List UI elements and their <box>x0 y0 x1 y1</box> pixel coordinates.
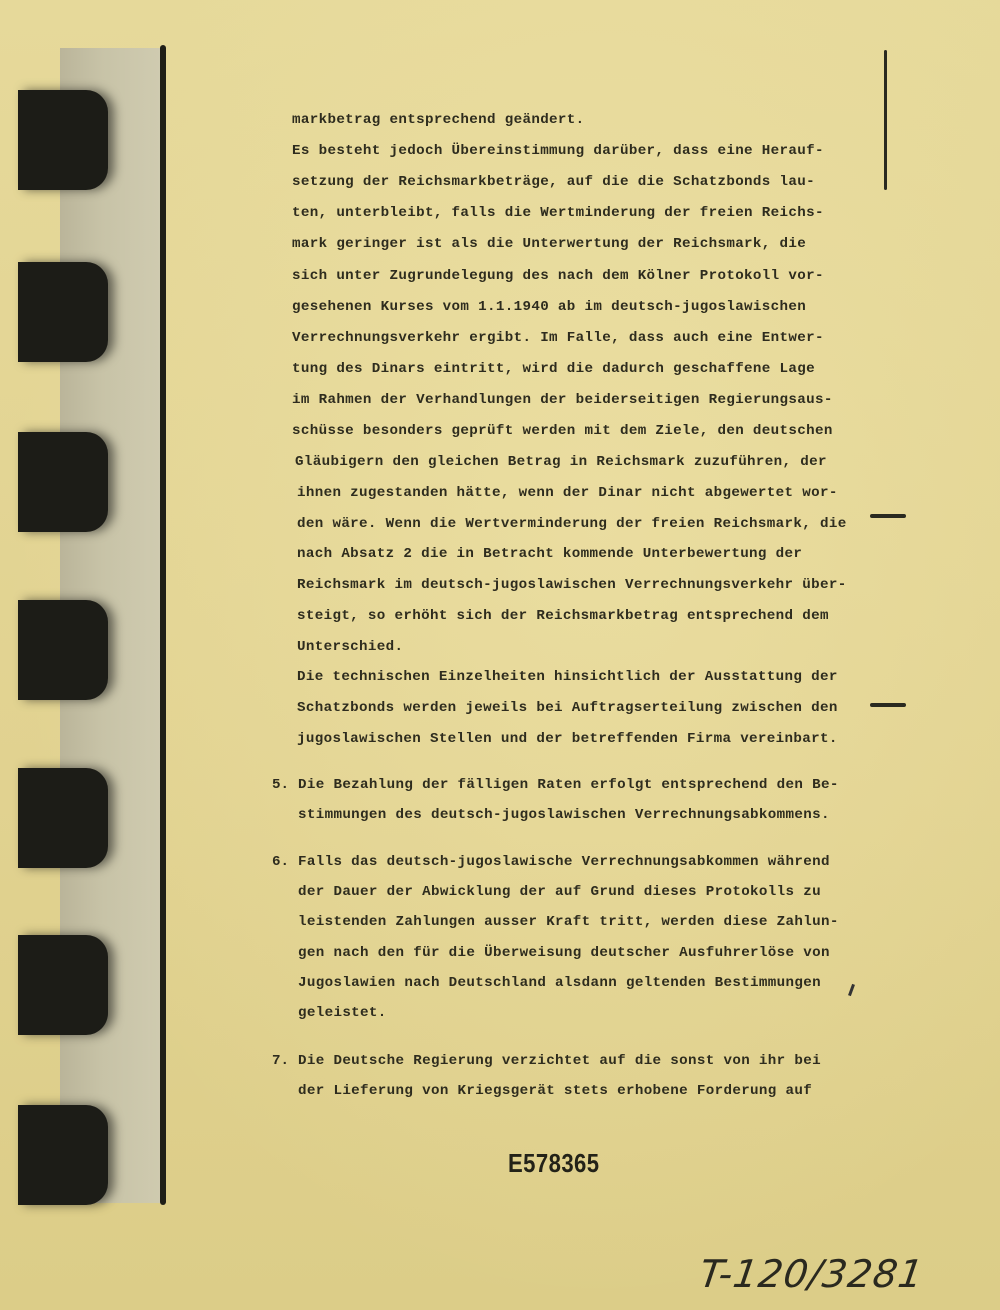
text-line: jugoslawischen Stellen und der betreffen… <box>297 731 838 747</box>
text-line: ihnen zugestanden hätte, wenn der Dinar … <box>297 485 838 501</box>
film-strip-edge-line <box>160 45 166 1205</box>
margin-dash-mark <box>870 703 906 707</box>
right-margin-line <box>884 50 887 190</box>
text-line: den wäre. Wenn die Wertverminderung der … <box>297 516 847 532</box>
film-sprocket-hole <box>18 935 108 1035</box>
film-sprocket-hole <box>18 1105 108 1205</box>
item-number: 5. <box>272 777 289 793</box>
text-line: tung des Dinars eintritt, wird die dadur… <box>292 361 815 377</box>
text-line: der Dauer der Abwicklung der auf Grund d… <box>298 884 821 900</box>
text-line: im Rahmen der Verhandlungen der beiderse… <box>292 392 833 408</box>
film-sprocket-hole <box>18 768 108 868</box>
item-number: 6. <box>272 854 289 870</box>
text-line: Die Deutsche Regierung verzichtet auf di… <box>298 1053 821 1069</box>
film-sprocket-hole <box>18 90 108 190</box>
text-line: setzung der Reichsmarkbeträge, auf die d… <box>292 174 815 190</box>
text-line: nach Absatz 2 die in Betracht kommende U… <box>297 546 802 562</box>
film-sprocket-hole <box>18 262 108 362</box>
text-line: gen nach den für die Überweisung deutsch… <box>298 945 830 961</box>
item-number: 7. <box>272 1053 289 1069</box>
text-line: Die Bezahlung der fälligen Raten erfolgt… <box>298 777 839 793</box>
text-line: der Lieferung von Kriegsgerät stets erho… <box>298 1083 812 1099</box>
text-line: Jugoslawien nach Deutschland alsdann gel… <box>298 975 821 991</box>
stamp-document-number: E578365 <box>508 1148 599 1179</box>
text-line: gesehenen Kurses vom 1.1.1940 ab im deut… <box>292 299 806 315</box>
text-line: Die technischen Einzelheiten hinsichtlic… <box>297 669 838 685</box>
text-line: markbetrag entsprechend geändert. <box>292 112 585 128</box>
text-line: Falls das deutsch-jugoslawische Verrechn… <box>298 854 830 870</box>
text-line: Verrechnungsverkehr ergibt. Im Falle, da… <box>292 330 824 346</box>
text-line: Gläubigern den gleichen Betrag in Reichs… <box>295 454 827 470</box>
margin-dash-mark <box>870 514 906 518</box>
text-line: steigt, so erhöht sich der Reichsmarkbet… <box>297 608 829 624</box>
text-line: leistenden Zahlungen ausser Kraft tritt,… <box>298 914 839 930</box>
text-line: ten, unterbleibt, falls die Wertminderun… <box>292 205 824 221</box>
text-line: schüsse besonders geprüft werden mit dem… <box>292 423 833 439</box>
text-line: Reichsmark im deutsch-jugoslawischen Ver… <box>297 577 847 593</box>
margin-pencil-tick <box>848 984 855 996</box>
text-line: stimmungen des deutsch-jugoslawischen Ve… <box>298 807 830 823</box>
film-sprocket-hole <box>18 432 108 532</box>
text-line: mark geringer ist als die Unterwertung d… <box>292 236 806 252</box>
handwritten-reference: T-120/3281 <box>697 1252 927 1296</box>
text-line: geleistet. <box>298 1005 387 1021</box>
text-line: Unterschied. <box>297 639 403 655</box>
text-line: Schatzbonds werden jeweils bei Auftragse… <box>297 700 838 716</box>
film-sprocket-hole <box>18 600 108 700</box>
text-line: sich unter Zugrundelegung des nach dem K… <box>292 268 824 284</box>
film-strip-border <box>0 0 175 1310</box>
text-line: Es besteht jedoch Übereinstimmung darübe… <box>292 143 824 159</box>
